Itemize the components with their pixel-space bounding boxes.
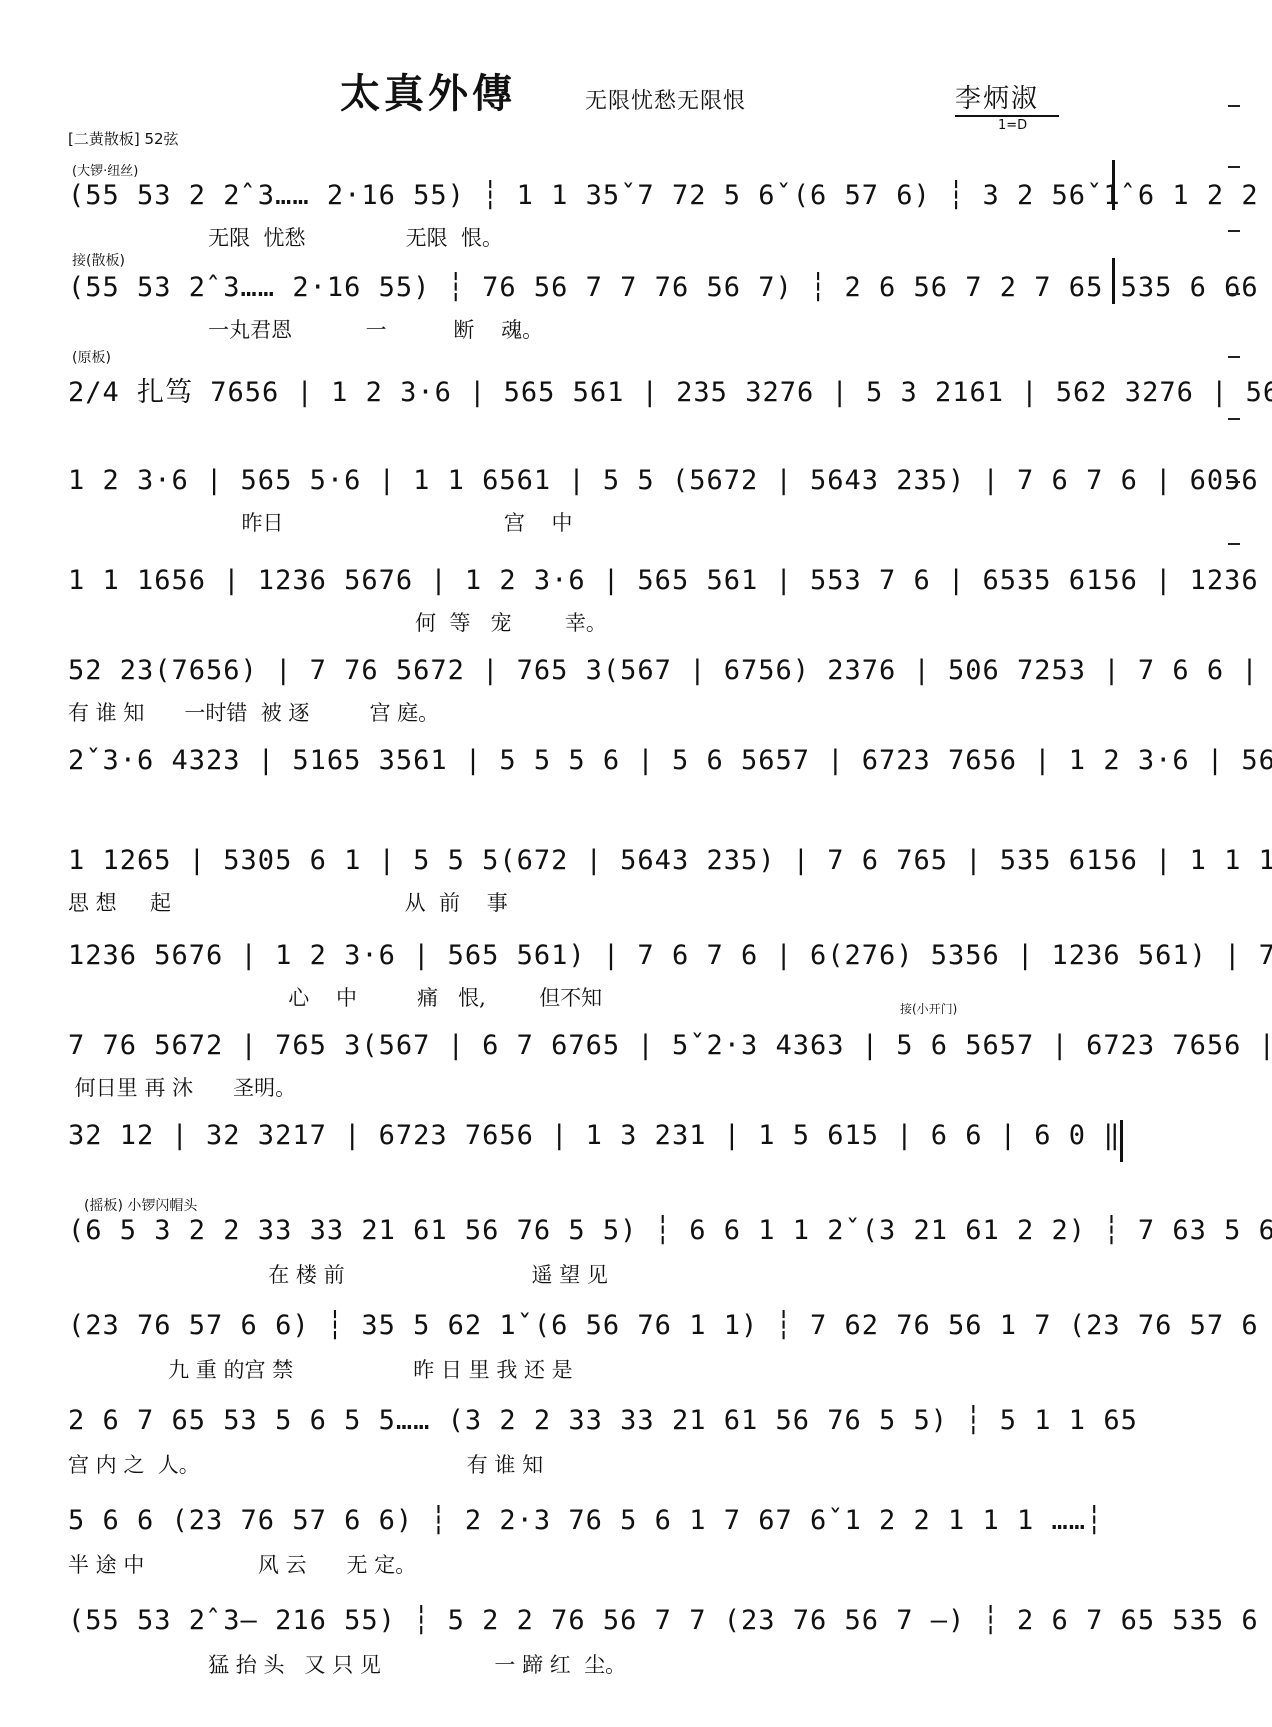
lyrics: 一丸君恩 一 断 魂。 [68, 314, 543, 344]
margin-mark [1228, 293, 1240, 295]
lyrics: 半 途 中 风 云 无 定。 [68, 1549, 416, 1579]
notation: (55 53 2 2̂ 3…… 2·16 55) ┆ 1 1 35ˇ7 72 5… [68, 180, 1272, 211]
margin-mark [1228, 166, 1240, 168]
score-page: 太真外傳 无限忧愁无限恨 李炳淑 1=D [二黄散板] 52弦 (大锣·纽丝) … [0, 0, 1272, 1727]
section-label-jie-sanban: 接(散板) [72, 250, 125, 270]
section-sub-label: (大锣·纽丝) [72, 160, 138, 179]
barline [1120, 1120, 1123, 1162]
lyrics: 无限 忧愁 无限 恨。 [68, 222, 503, 252]
lyrics: 思 想 起 从 前 事 [68, 887, 508, 917]
lyrics: 心 中 痛 恨, 但不知 [68, 982, 602, 1012]
notation: 2ˇ3·6 4323 | 5165 3561 | 5 5 5 6 | 5 6 5… [68, 745, 1272, 776]
notation: (6 5 3 2 2 33 33 21 61 56 76 5 5) ┆ 6 6 … [68, 1215, 1272, 1246]
notation: 5 6 6 (23 76 57 6 6) ┆ 2 2·3 76 5 6 1 7 … [68, 1505, 1103, 1536]
lyrics: 在 楼 前 遥 望 见 [68, 1259, 608, 1289]
margin-mark [1228, 543, 1240, 545]
section-label-erhuang-sanban: [二黄散板] 52弦 [68, 128, 179, 149]
margin-mark [1228, 481, 1240, 483]
margin-mark [1228, 418, 1240, 420]
notation: (55 53 2̂ 3— 216 55) ┆ 5 2 2 76 56 7 7 (… [68, 1605, 1272, 1636]
performer-name: 李炳淑 [955, 78, 1059, 117]
notation: (23 76 57 6 6) ┆ 35 5 62 1ˇ(6 56 76 1 1)… [68, 1310, 1272, 1341]
notation: 1 1265 | 5305 6 1 | 5 5 5(672 | 5643 235… [68, 845, 1272, 876]
section-label-yuanban: (原板) [72, 347, 111, 367]
lyrics: 何日里 再 沐 圣明。 [68, 1072, 296, 1102]
notation: (55 53 2̂ 3…… 2·16 55) ┆ 76 56 7 7 76 56… [68, 272, 1272, 303]
lyrics: 猛 抬 头 又 只 见 一 蹄 红 尘。 [68, 1649, 626, 1679]
section-label-yaoban: (摇板) 小锣闪帽头 [84, 1195, 197, 1215]
notation: 1 1 1656 | 1236 5676 | 1 2 3·6 | 565 561… [68, 565, 1272, 596]
lyrics: 何 等 宠 幸。 [68, 607, 607, 637]
notation: 7 76 5672 | 765 3(567 | 6 7 6765 | 5ˇ2·3… [68, 1030, 1272, 1061]
notation: 1 2 3·6 | 565 5·6 | 1 1 6561 | 5 5 (5672… [68, 465, 1272, 496]
lyrics: 宫 内 之 人。 有 谁 知 [68, 1449, 543, 1479]
notation: 32 12 | 32 3217 | 6723 7656 | 1 3 231 | … [68, 1120, 1121, 1151]
margin-mark [1228, 230, 1240, 232]
cue-annotation: 接(小开门) [900, 1000, 957, 1017]
barline [1112, 258, 1115, 304]
notation: 1236 5676 | 1 2 3·6 | 565 561) | 7 6 7 6… [68, 940, 1272, 971]
lyrics: 有 谁 知 一时错 被 逐 宫 庭。 [68, 697, 439, 727]
barline [1112, 160, 1115, 210]
lyrics: 昨日 宫 中 [68, 507, 573, 537]
score-title: 太真外傳 [340, 62, 516, 119]
score-subtitle: 无限忧愁无限恨 [585, 84, 746, 115]
margin-mark [1228, 356, 1240, 358]
notation: 2/4 扎笃 7656 | 1 2 3·6 | 565 561 | 235 32… [68, 370, 1272, 409]
key-signature: 1=D [998, 118, 1027, 133]
notation: 52 23(7656) | 7 76 5672 | 765 3(567 | 67… [68, 655, 1272, 686]
margin-mark [1228, 105, 1240, 107]
notation: 2 6 7 65 53 5 6 5 5…… (3 2 2 33 33 21 61… [68, 1405, 1138, 1436]
lyrics: 九 重 的宫 禁 昨 日 里 我 还 是 [68, 1354, 573, 1384]
